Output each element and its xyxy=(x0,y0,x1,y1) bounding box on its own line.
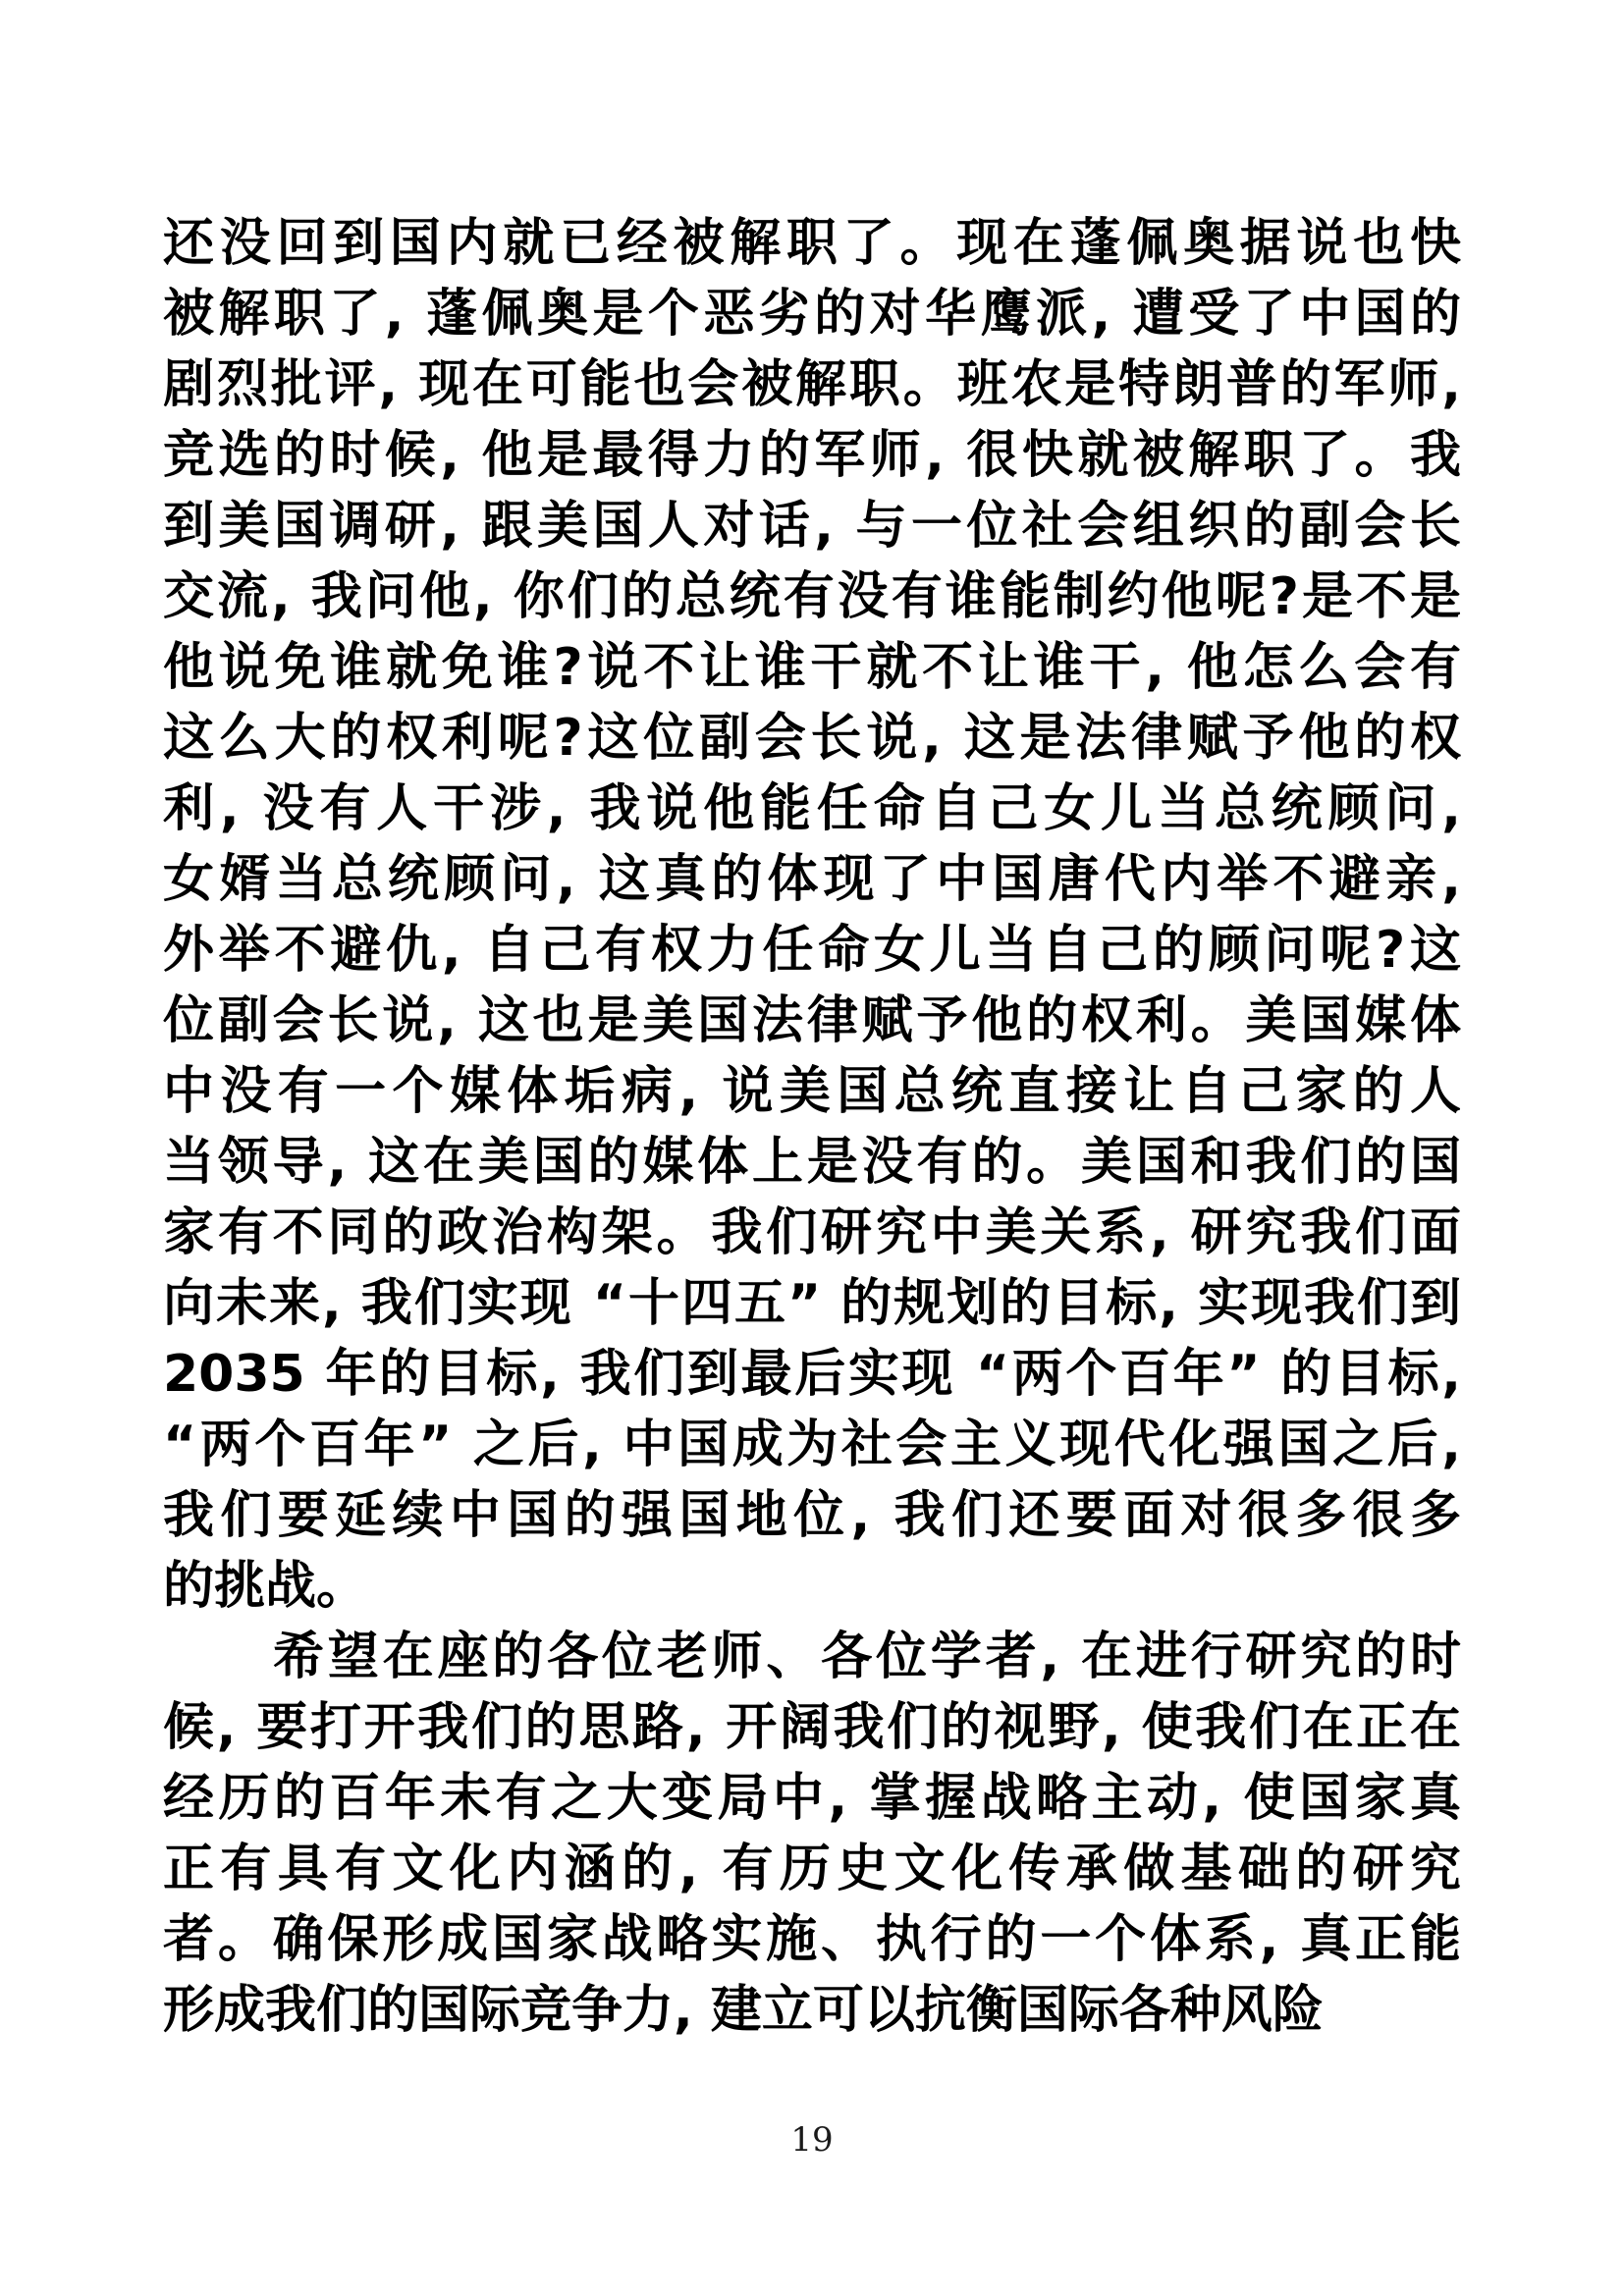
document-body: 还没回到国内就已经被解职了。现在蓬佩奥据说也快 被解职了, 蓬佩奥是个恶劣的对华… xyxy=(163,208,1461,2046)
text-line: 向未来, 我们实现 “十四五” 的规划的目标, 实现我们到 xyxy=(163,1268,1461,1339)
text-line: 正有具有文化内涵的, 有历史文化传承做基础的研究 xyxy=(163,1834,1461,1904)
text-line: 形成我们的国际竞争力, 建立可以抗衡国际各种风险 xyxy=(163,1975,1461,2046)
text-line: 位副会长说, 这也是美国法律赋予他的权利。美国媒体 xyxy=(163,986,1461,1056)
page-number: 19 xyxy=(0,2120,1624,2160)
text-line: 剧烈批评, 现在可能也会被解职。班农是特朗普的军师, xyxy=(163,349,1461,420)
text-line: 交流, 我问他, 你们的总统有没有谁能制约他呢?是不是 xyxy=(163,561,1461,632)
text-line: 我们要延续中国的强国地位, 我们还要面对很多很多 xyxy=(163,1480,1461,1551)
text-line: 女婿当总统顾问, 这真的体现了中国唐代内举不避亲, xyxy=(163,844,1461,915)
text-line: 中没有一个媒体垢病, 说美国总统直接让自己家的人 xyxy=(163,1056,1461,1127)
text-line: 经历的百年未有之大变局中, 掌握战略主动, 使国家真 xyxy=(163,1763,1461,1834)
text-line: 的挑战。 xyxy=(163,1551,1461,1622)
document-page: 还没回到国内就已经被解职了。现在蓬佩奥据说也快 被解职了, 蓬佩奥是个恶劣的对华… xyxy=(0,0,1624,2296)
text-line: 外举不避仇, 自己有权力任命女儿当自己的顾问呢?这 xyxy=(163,915,1461,986)
text-line: 家有不同的政治构架。我们研究中美关系, 研究我们面 xyxy=(163,1198,1461,1268)
text-line: 候, 要打开我们的思路, 开阔我们的视野, 使我们在正在 xyxy=(163,1692,1461,1763)
text-line: 竞选的时候, 他是最得力的军师, 很快就被解职了。我 xyxy=(163,420,1461,491)
text-line: 利, 没有人干涉, 我说他能任命自己女儿当总统顾问, xyxy=(163,774,1461,844)
text-line: 他说免谁就免谁?说不让谁干就不让谁干, 他怎么会有 xyxy=(163,632,1461,703)
text-line: 希望在座的各位老师、各位学者, 在进行研究的时 xyxy=(163,1622,1461,1692)
text-line: 到美国调研, 跟美国人对话, 与一位社会组织的副会长 xyxy=(163,491,1461,561)
text-line: 这么大的权利呢?这位副会长说, 这是法律赋予他的权 xyxy=(163,703,1461,774)
text-line: 当领导, 这在美国的媒体上是没有的。美国和我们的国 xyxy=(163,1127,1461,1198)
text-line: 者。确保形成国家战略实施、执行的一个体系, 真正能 xyxy=(163,1904,1461,1975)
text-line: 2035 年的目标, 我们到最后实现 “两个百年” 的目标, xyxy=(163,1339,1461,1410)
text-line: 还没回到国内就已经被解职了。现在蓬佩奥据说也快 xyxy=(163,208,1461,279)
text-line: “两个百年” 之后, 中国成为社会主义现代化强国之后, xyxy=(163,1410,1461,1480)
text-line: 被解职了, 蓬佩奥是个恶劣的对华鹰派, 遭受了中国的 xyxy=(163,279,1461,349)
